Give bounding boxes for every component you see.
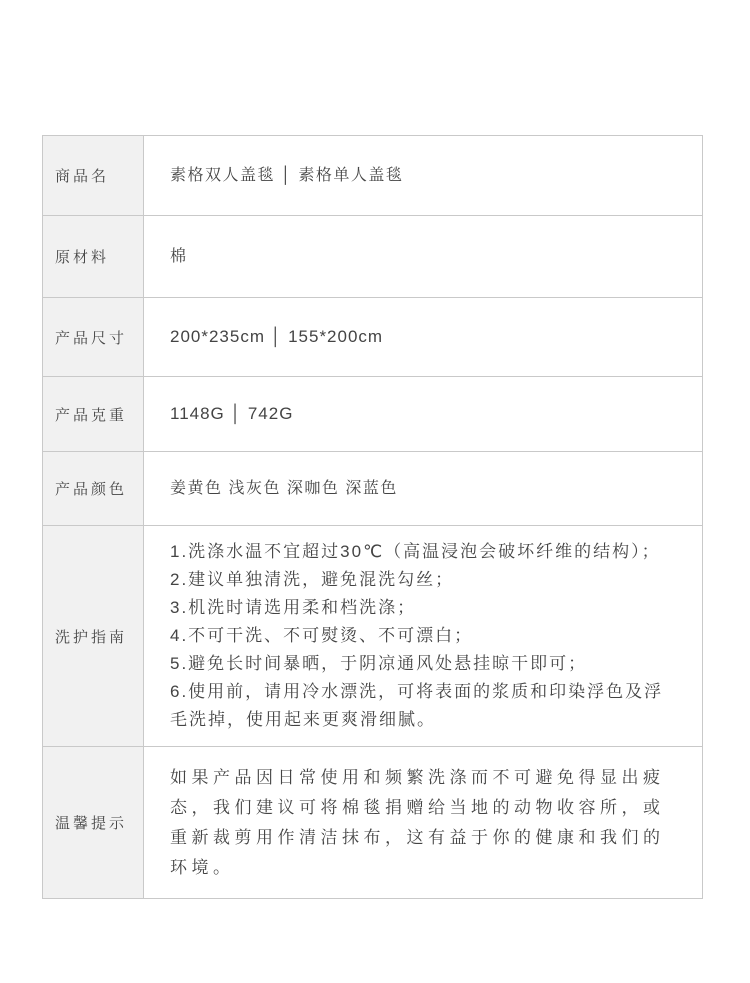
product-weight-value: 1148G │ 742G xyxy=(170,400,293,428)
warm-tips-value: 如果产品因日常使用和频繁洗涤而不可避免得显出疲态，我们建议可将棉毯捐赠给当地的动… xyxy=(170,763,678,883)
warm-tips-value-cell: 如果产品因日常使用和频繁洗涤而不可避免得显出疲态，我们建议可将棉毯捐赠给当地的动… xyxy=(144,747,702,898)
spec-row-raw-material: 原材料 棉 xyxy=(43,216,702,298)
spec-row-product-size: 产品尺寸 200*235cm │ 155*200cm xyxy=(43,298,702,377)
warm-tips-label-cell: 温馨提示 xyxy=(43,747,144,898)
care-guide-label: 洗护指南 xyxy=(55,626,127,647)
product-weight-label-cell: 产品克重 xyxy=(43,377,144,451)
product-color-label: 产品颜色 xyxy=(55,478,127,499)
product-size-value-cell: 200*235cm │ 155*200cm xyxy=(144,298,702,376)
product-spec-table: 商品名 素格双人盖毯 │ 素格单人盖毯 原材料 棉 产品尺寸 200*235cm… xyxy=(42,135,703,899)
product-color-value: 姜黄色 浅灰色 深咖色 深蓝色 xyxy=(170,475,398,503)
raw-material-label: 原材料 xyxy=(55,246,109,267)
raw-material-value-cell: 棉 xyxy=(144,216,702,297)
spec-row-product-name: 商品名 素格双人盖毯 │ 素格单人盖毯 xyxy=(43,136,702,216)
spec-row-warm-tips: 温馨提示 如果产品因日常使用和频繁洗涤而不可避免得显出疲态，我们建议可将棉毯捐赠… xyxy=(43,747,702,898)
warm-tips-label: 温馨提示 xyxy=(55,812,127,833)
product-color-value-cell: 姜黄色 浅灰色 深咖色 深蓝色 xyxy=(144,452,702,525)
product-weight-value-cell: 1148G │ 742G xyxy=(144,377,702,451)
care-guide-label-cell: 洗护指南 xyxy=(43,526,144,746)
spec-row-product-color: 产品颜色 姜黄色 浅灰色 深咖色 深蓝色 xyxy=(43,452,702,526)
product-size-label-cell: 产品尺寸 xyxy=(43,298,144,376)
spec-row-product-weight: 产品克重 1148G │ 742G xyxy=(43,377,702,452)
product-size-value: 200*235cm │ 155*200cm xyxy=(170,323,383,351)
spec-row-care-guide: 洗护指南 1.洗涤水温不宜超过30℃（高温浸泡会破坏纤维的结构）； 2.建议单独… xyxy=(43,526,702,747)
raw-material-value: 棉 xyxy=(170,243,188,271)
raw-material-label-cell: 原材料 xyxy=(43,216,144,297)
product-size-label: 产品尺寸 xyxy=(55,327,127,348)
care-guide-value: 1.洗涤水温不宜超过30℃（高温浸泡会破坏纤维的结构）； 2.建议单独清洗，避免… xyxy=(170,538,678,734)
product-weight-label: 产品克重 xyxy=(55,404,127,425)
care-guide-value-cell: 1.洗涤水温不宜超过30℃（高温浸泡会破坏纤维的结构）； 2.建议单独清洗，避免… xyxy=(144,526,702,746)
product-name-label-cell: 商品名 xyxy=(43,136,144,215)
product-name-value: 素格双人盖毯 │ 素格单人盖毯 xyxy=(170,162,403,190)
product-name-value-cell: 素格双人盖毯 │ 素格单人盖毯 xyxy=(144,136,702,215)
product-name-label: 商品名 xyxy=(55,165,109,186)
product-color-label-cell: 产品颜色 xyxy=(43,452,144,525)
